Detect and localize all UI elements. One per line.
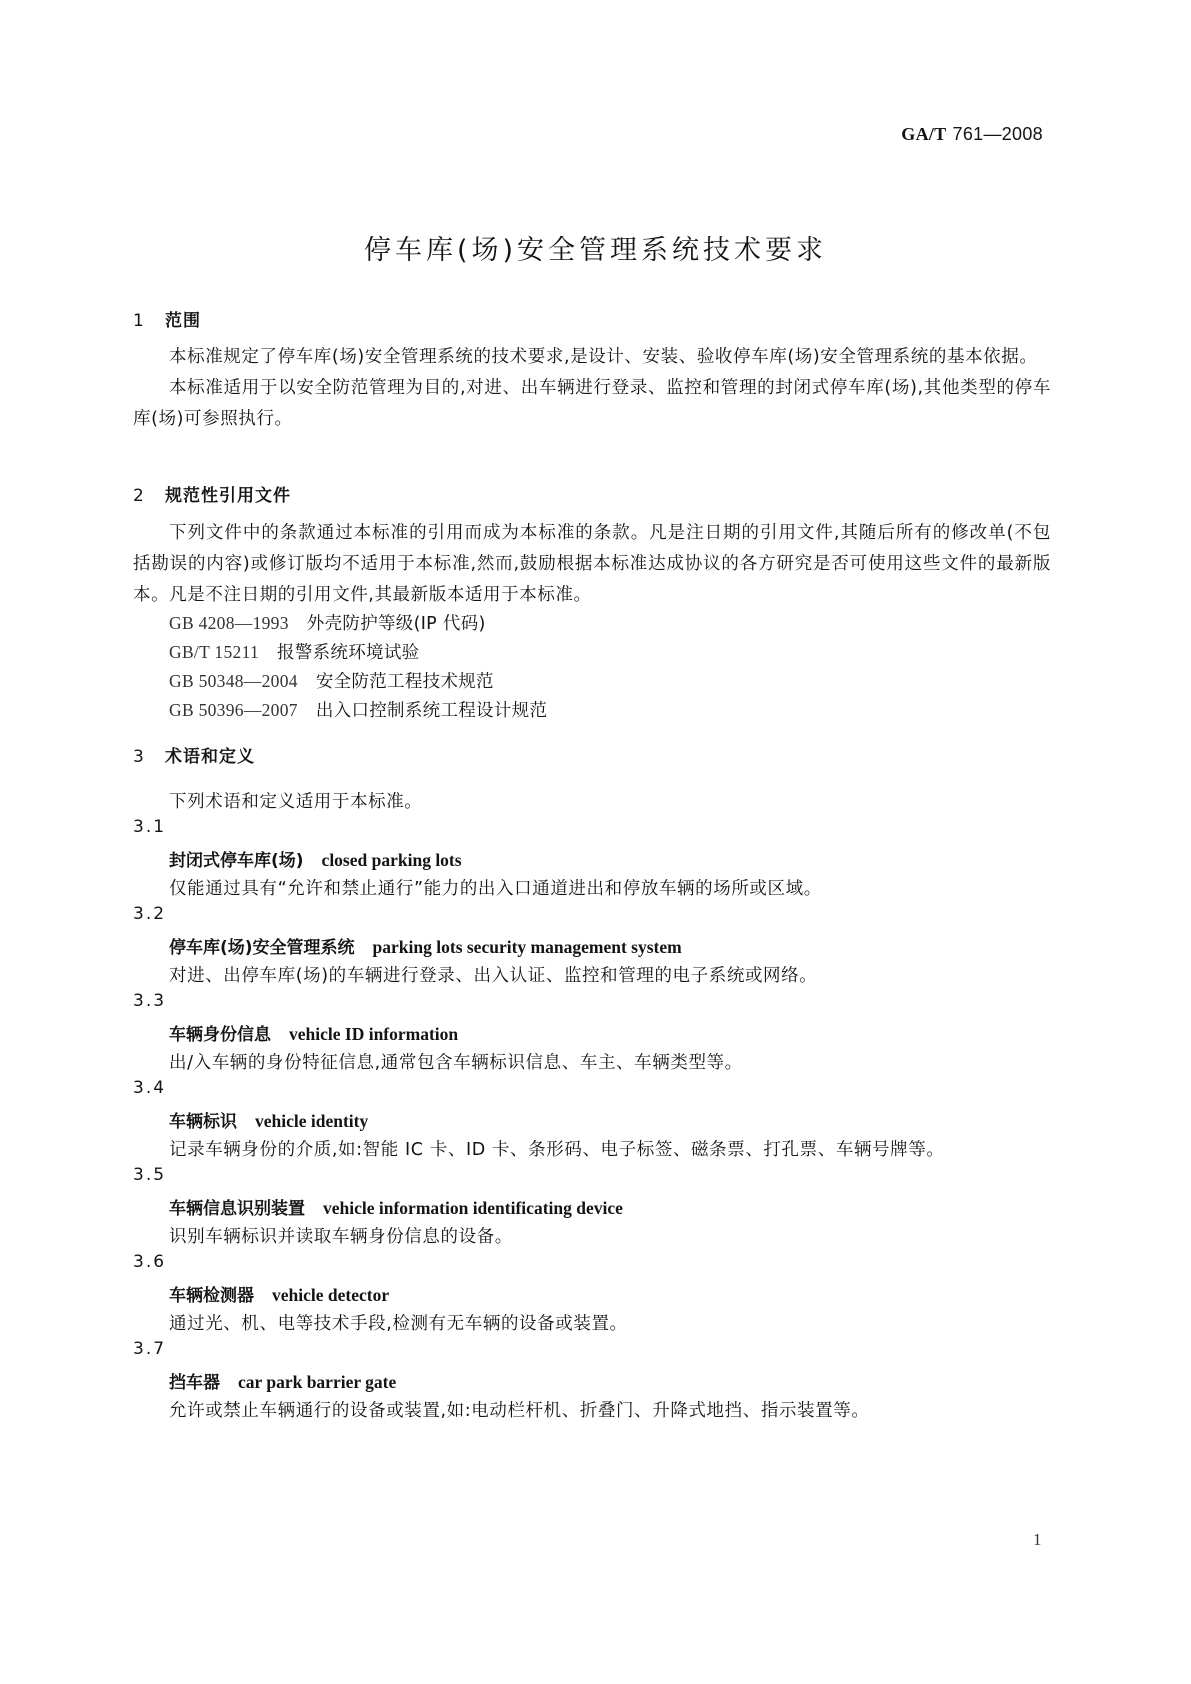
reference-title: 外壳防护等级(IP 代码) [307,614,486,634]
standard-number: 761—2008 [953,124,1043,144]
reference-item: GB 50348—2004安全防范工程技术规范 [169,668,494,693]
document-title: 停车库(场)安全管理系统技术要求 [0,228,1191,267]
term-number: 3.1 [133,817,166,837]
term-name-zh: 车辆检测器 [169,1286,254,1306]
paragraph: 本标准适用于以安全防范管理为目的,对进、出车辆进行登录、监控和管理的封闭式停车库… [133,373,1051,435]
document-page: GA/T 761—2008 停车库(场)安全管理系统技术要求 1范围 本标准规定… [0,0,1191,1684]
section-number: 2 [133,486,165,506]
term-number: 3.7 [133,1339,166,1359]
term-number: 3.2 [133,904,166,924]
term-number: 3.5 [133,1165,166,1185]
term-name-zh: 停车库(场)安全管理系统 [169,938,355,958]
term-definition: 对进、出停车库(场)的车辆进行登录、出入认证、监控和管理的电子系统或网络。 [169,962,817,987]
page-number: 1 [1033,1530,1042,1550]
section-heading-2: 2规范性引用文件 [133,481,291,506]
section-2-body: 下列文件中的条款通过本标准的引用而成为本标准的条款。凡是注日期的引用文件,其随后… [133,518,1051,611]
reference-title: 报警系统环境试验 [277,643,419,663]
term-name: 车辆标识vehicle identity [169,1107,368,1132]
term-name-zh: 挡车器 [169,1373,220,1393]
term-number: 3.4 [133,1078,166,1098]
term-name-zh: 封闭式停车库(场) [169,851,304,871]
term-definition: 仅能通过具有“允许和禁止通行”能力的出入口通道进出和停放车辆的场所或区域。 [169,875,822,900]
standard-code: GA/T 761—2008 [901,124,1043,145]
section-number: 3 [133,747,165,767]
reference-title: 安全防范工程技术规范 [316,672,494,692]
term-name: 封闭式停车库(场)closed parking lots [169,846,462,871]
term-definition: 出/入车辆的身份特征信息,通常包含车辆标识信息、车主、车辆类型等。 [169,1049,743,1074]
section-title: 范围 [165,311,201,331]
term-name-en: parking lots security management system [373,937,682,957]
section-heading-1: 1范围 [133,306,201,331]
term-name-en: vehicle information identificating devic… [323,1198,623,1218]
reference-item: GB/T 15211报警系统环境试验 [169,639,419,664]
reference-code: GB 50396—2007 [169,700,298,721]
term-name-en: vehicle detector [272,1285,389,1305]
term-name-en: closed parking lots [322,850,462,870]
reference-title: 出入口控制系统工程设计规范 [316,701,547,721]
term-number: 3.3 [133,991,166,1011]
paragraph: 下列文件中的条款通过本标准的引用而成为本标准的条款。凡是注日期的引用文件,其随后… [133,518,1051,611]
term-name: 停车库(场)安全管理系统parking lots security manage… [169,933,682,958]
term-definition: 通过光、机、电等技术手段,检测有无车辆的设备或装置。 [169,1310,628,1335]
term-definition: 允许或禁止车辆通行的设备或装置,如:电动栏杆机、折叠门、升降式地挡、指示装置等。 [169,1397,869,1422]
reference-item: GB 4208—1993外壳防护等级(IP 代码) [169,610,486,635]
term-name-zh: 车辆身份信息 [169,1025,271,1045]
section-title: 规范性引用文件 [165,486,291,506]
term-name-zh: 车辆标识 [169,1112,237,1132]
section-1-body: 本标准规定了停车库(场)安全管理系统的技术要求,是设计、安装、验收停车库(场)安… [133,342,1051,435]
term-name: 车辆信息识别装置vehicle information identificati… [169,1194,623,1219]
reference-code: GB 4208—1993 [169,613,289,634]
section-heading-3: 3术语和定义 [133,742,255,767]
term-name: 挡车器car park barrier gate [169,1368,396,1393]
term-name-en: car park barrier gate [238,1372,396,1392]
term-name: 车辆身份信息vehicle ID information [169,1020,458,1045]
reference-code: GB/T 15211 [169,642,259,663]
term-number: 3.6 [133,1252,166,1272]
section-title: 术语和定义 [165,747,255,767]
reference-item: GB 50396—2007出入口控制系统工程设计规范 [169,697,547,722]
term-definition: 识别车辆标识并读取车辆身份信息的设备。 [169,1223,513,1248]
standard-prefix: GA/T [901,124,946,144]
section-number: 1 [133,311,165,331]
reference-code: GB 50348—2004 [169,671,298,692]
term-name-en: vehicle identity [255,1111,368,1131]
section-3-intro: 下列术语和定义适用于本标准。 [169,788,422,813]
term-name-zh: 车辆信息识别装置 [169,1199,305,1219]
term-name: 车辆检测器vehicle detector [169,1281,389,1306]
term-definition: 记录车辆身份的介质,如:智能 IC 卡、ID 卡、条形码、电子标签、磁条票、打孔… [169,1136,944,1161]
paragraph: 本标准规定了停车库(场)安全管理系统的技术要求,是设计、安装、验收停车库(场)安… [133,342,1051,373]
term-name-en: vehicle ID information [289,1024,458,1044]
